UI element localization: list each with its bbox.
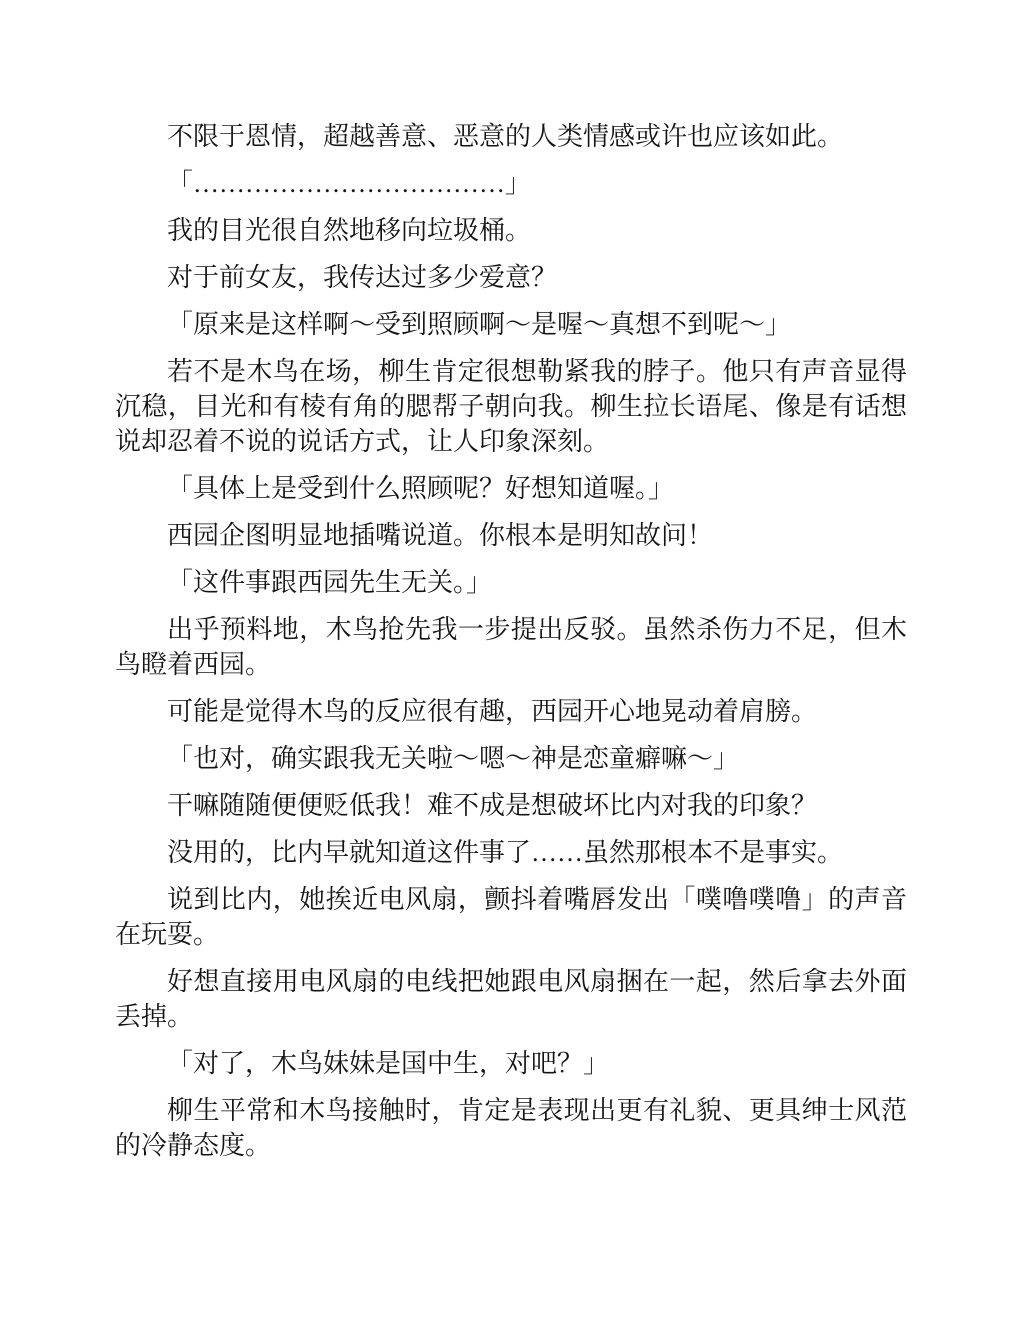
paragraph: 若不是木鸟在场，柳生肯定很想勒紧我的脖子。他只有声音显得沉稳，目光和有棱有角的腮… bbox=[115, 354, 907, 459]
paragraph-dialogue: 「也对，确实跟我无关啦～嗯～神是恋童癖嘛～」 bbox=[115, 741, 907, 776]
paragraph: 出乎预料地，木鸟抢先我一步提出反驳。虽然杀伤力不足，但木鸟瞪着西园。 bbox=[115, 612, 907, 682]
paragraph: 没用的，比内早就知道这件事了……虽然那根本不是事实。 bbox=[115, 835, 907, 870]
paragraph: 不限于恩情，超越善意、恶意的人类情感或许也应该如此。 bbox=[115, 119, 907, 154]
paragraph: 好想直接用电风扇的电线把她跟电风扇捆在一起，然后拿去外面丢掉。 bbox=[115, 964, 907, 1034]
paragraph-dialogue: 「这件事跟西园先生无关。」 bbox=[115, 565, 907, 600]
paragraph: 可能是觉得木鸟的反应很有趣，西园开心地晃动着肩膀。 bbox=[115, 694, 907, 729]
paragraph-dialogue: 「………………………………」 bbox=[115, 166, 907, 201]
paragraph: 干嘛随随便便贬低我！难不成是想破坏比内对我的印象？ bbox=[115, 788, 907, 823]
paragraph: 说到比内，她挨近电风扇，颤抖着嘴唇发出「噗噜噗噜」的声音在玩耍。 bbox=[115, 882, 907, 952]
paragraph: 西园企图明显地插嘴说道。你根本是明知故问！ bbox=[115, 518, 907, 553]
paragraph-dialogue: 「原来是这样啊～受到照顾啊～是喔～真想不到呢～」 bbox=[115, 307, 907, 342]
paragraph: 对于前女友，我传达过多少爱意？ bbox=[115, 260, 907, 295]
paragraph: 我的目光很自然地移向垃圾桶。 bbox=[115, 213, 907, 248]
document-page: 不限于恩情，超越善意、恶意的人类情感或许也应该如此。 「………………………………… bbox=[0, 0, 1020, 1320]
paragraph-dialogue: 「对了，木鸟妹妹是国中生，对吧？」 bbox=[115, 1046, 907, 1081]
paragraph-dialogue: 「具体上是受到什么照顾呢？好想知道喔。」 bbox=[115, 471, 907, 506]
paragraph: 柳生平常和木鸟接触时，肯定是表现出更有礼貌、更具绅士风范的冷静态度。 bbox=[115, 1093, 907, 1163]
